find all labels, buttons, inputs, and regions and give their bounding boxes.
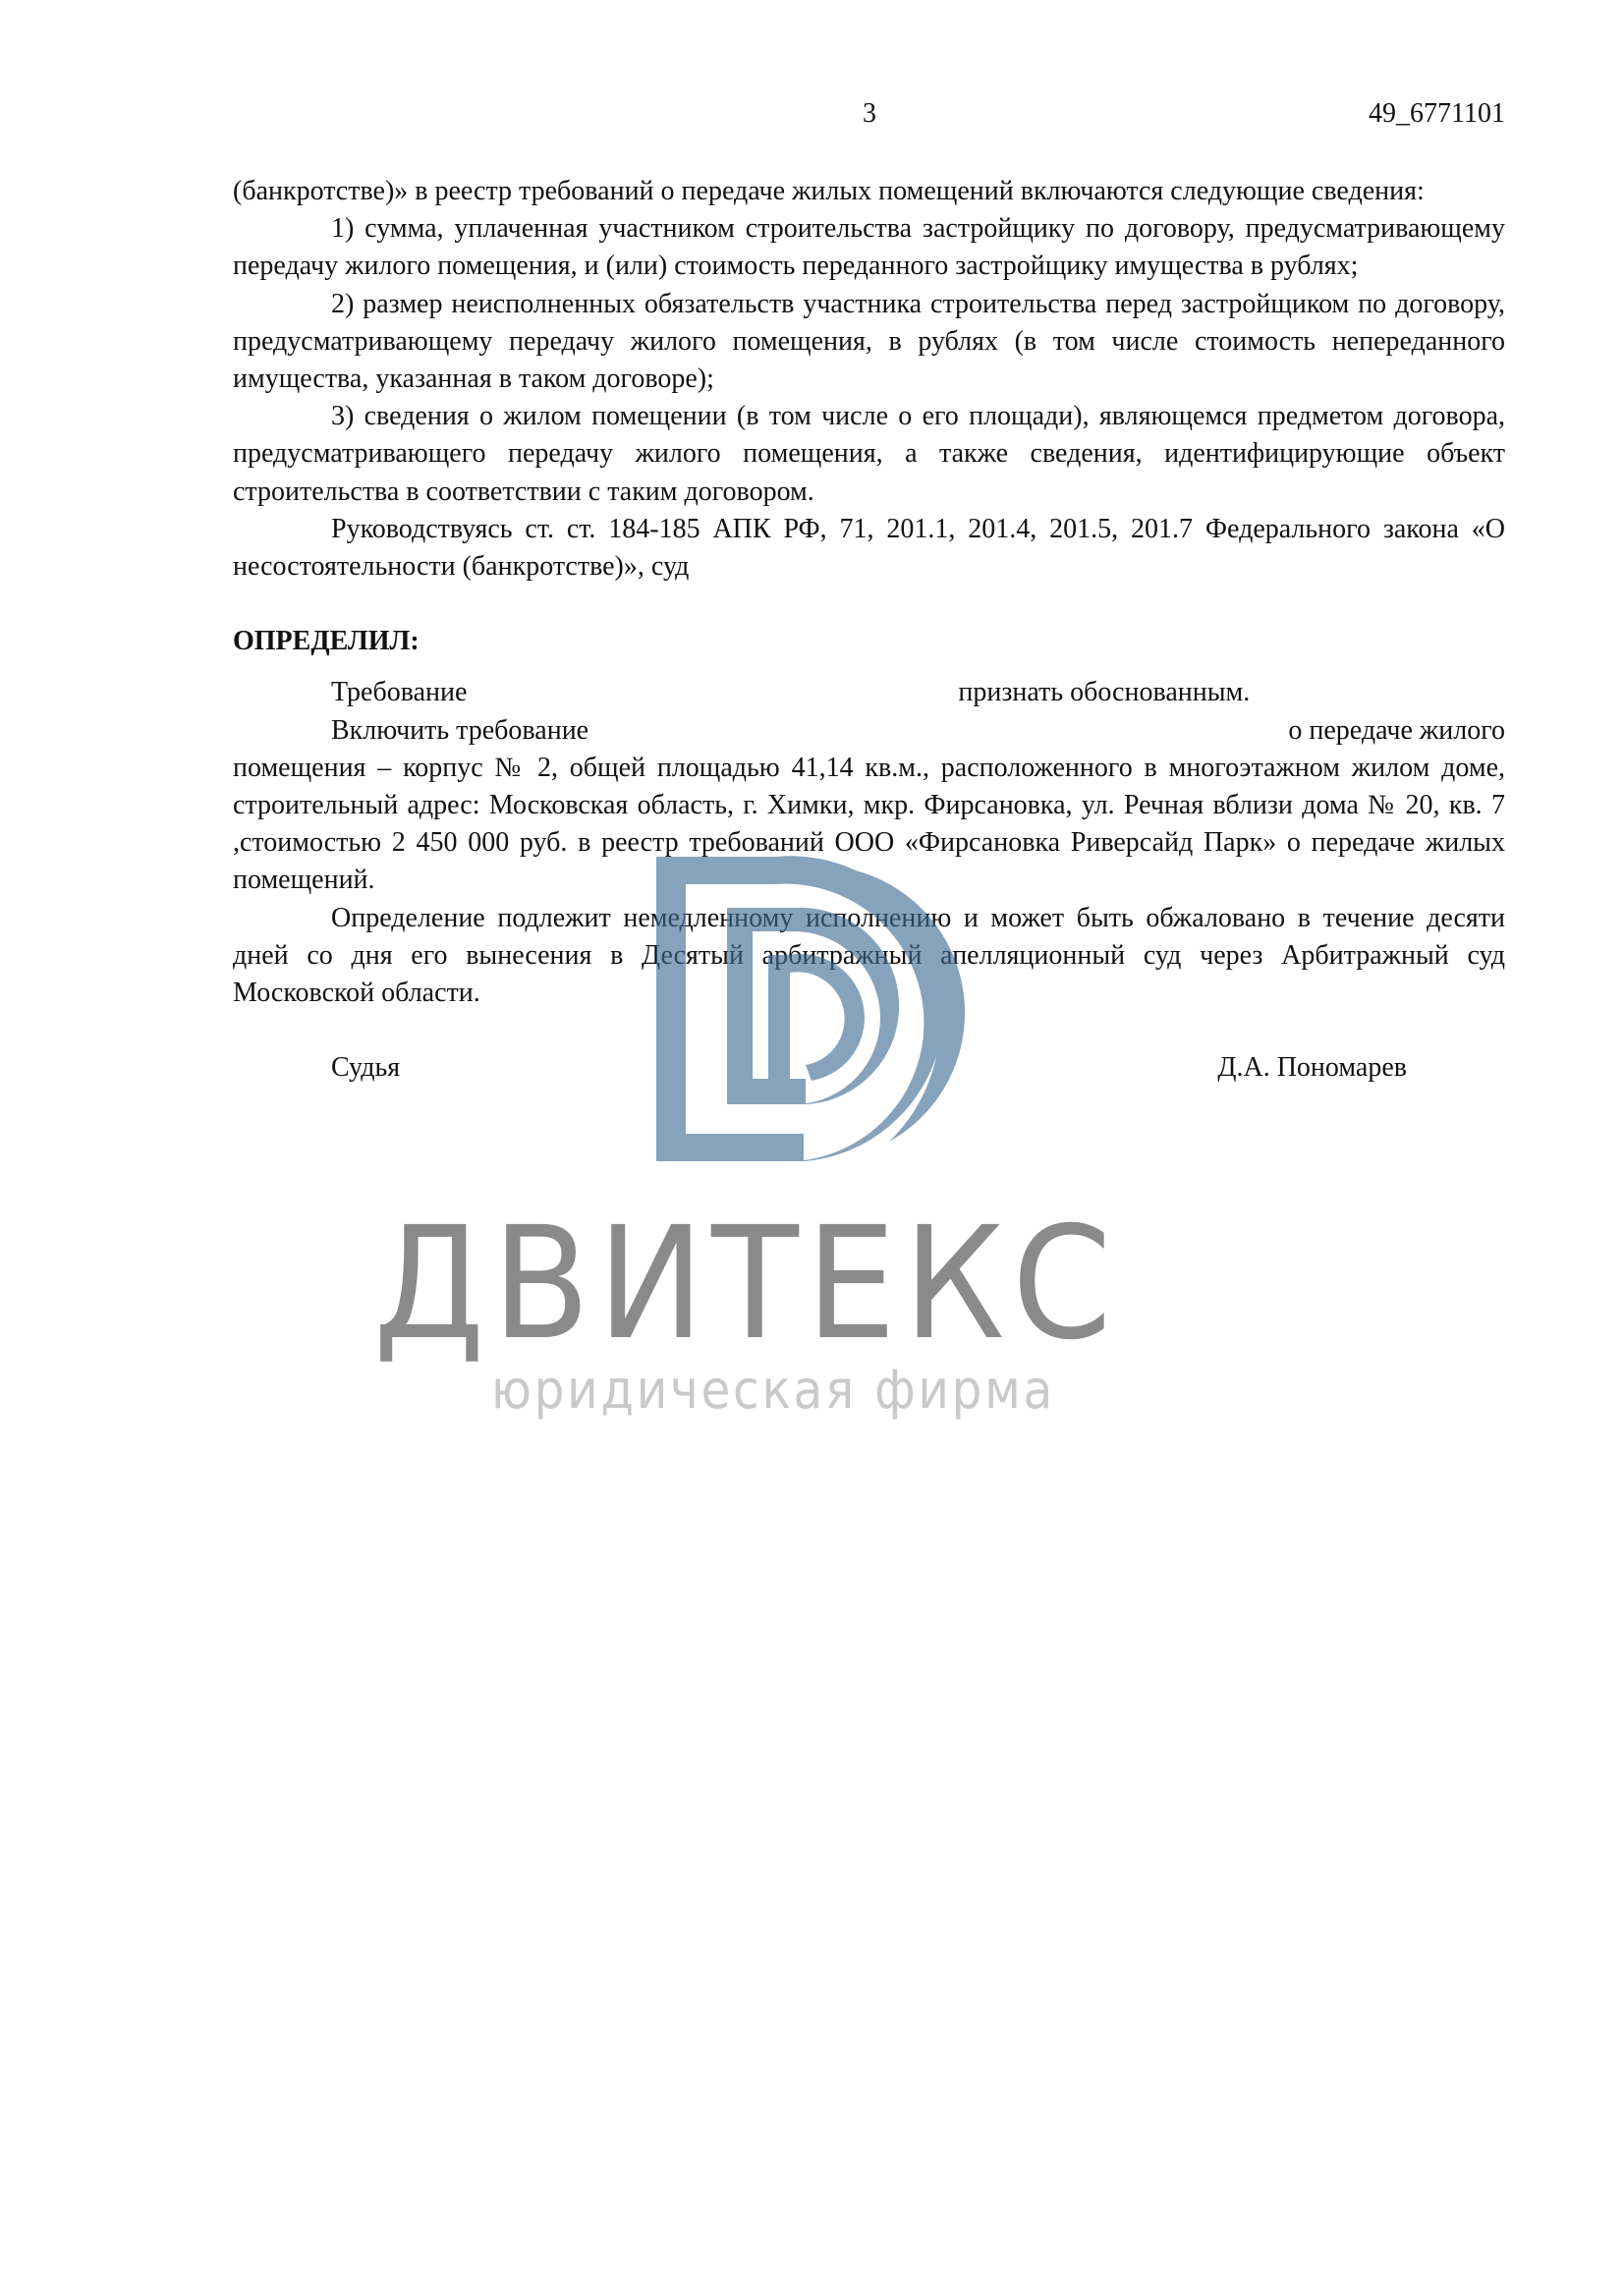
paragraph-intro: (банкротстве)» в реестр требований о пер… <box>233 173 1505 210</box>
page-number: 3 <box>863 96 876 132</box>
redacted-gap <box>467 674 958 711</box>
ruling-line-1: Требование признать обоснованным. <box>233 674 1505 711</box>
watermark-tagline: юридическая фирма <box>491 1361 1055 1420</box>
ruling-line-2-left: Включить требование <box>233 712 588 750</box>
paragraph-item-1: 1) сумма, уплаченная участником строител… <box>233 210 1505 285</box>
document-page: 3 49_6771101 (банкротстве)» в реестр тре… <box>0 0 1624 2296</box>
paragraph-item-2: 2) размер неисполненных обязательств уча… <box>233 286 1505 399</box>
signature-role: Судья <box>233 1049 400 1087</box>
ruling-title: ОПРЕДЕЛИЛ: <box>233 623 1505 660</box>
paragraph-appeal: Определение подлежит немедленному исполн… <box>233 900 1505 1013</box>
case-number: 49_6771101 <box>1369 96 1505 132</box>
ruling-line-2-right: о передаче жилого <box>1288 712 1505 750</box>
ruling-line-1-right: признать обоснованным. <box>958 674 1250 711</box>
ruling-line-1-left: Требование <box>233 674 467 711</box>
paragraph-include-details: помещения – корпус № 2, общей площадью 4… <box>233 750 1505 900</box>
paragraph-item-3: 3) сведения о жилом помещении (в том чис… <box>233 398 1505 511</box>
signature-name: Д.А. Пономарев <box>1217 1049 1505 1087</box>
signature-block: Судья Д.А. Пономарев <box>233 1049 1505 1087</box>
watermark-brand: ДВИТЕКС <box>373 1210 1187 1358</box>
ruling-line-2: Включить требование о передаче жилого <box>233 712 1505 750</box>
document-body: (банкротстве)» в реестр требований о пер… <box>233 173 1505 1087</box>
paragraph-guided-by: Руководствуясь ст. ст. 184-185 АПК РФ, 7… <box>233 511 1505 586</box>
